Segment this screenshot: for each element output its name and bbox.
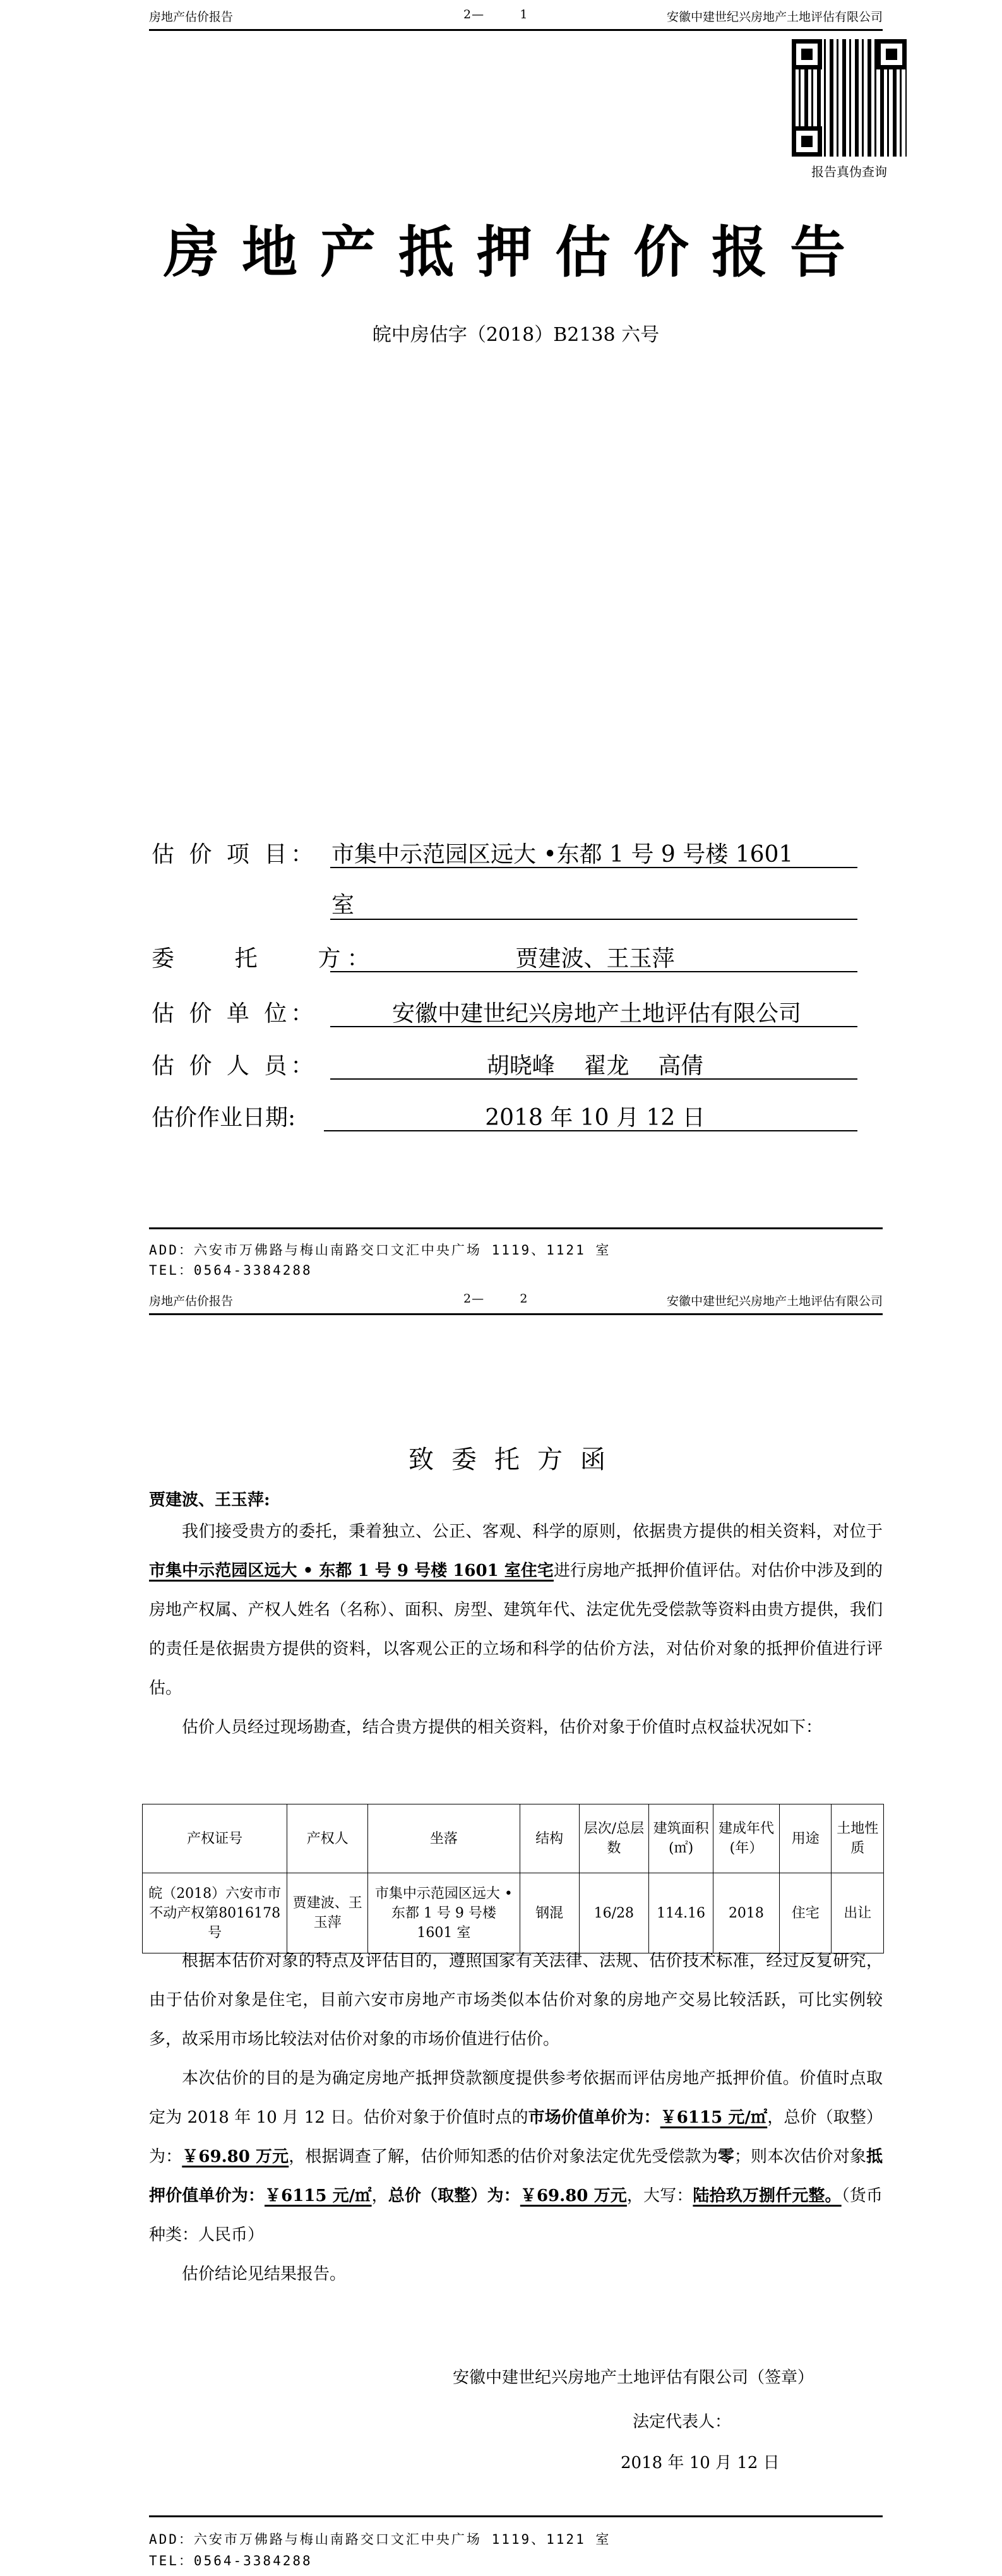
col-owner: 产权人 (287, 1804, 368, 1873)
market-unit-label: 市场价值单价为： (528, 2108, 660, 2127)
col-land-type: 土地性质 (832, 1804, 884, 1873)
field-label: 估 价 项 目： (152, 837, 317, 869)
field-label: 估 价 人 员： (152, 1048, 317, 1080)
header-page-number: 2— 2 (463, 1292, 528, 1306)
report-title: 房地产抵押估价报告 (149, 208, 883, 288)
header-company: 安徽中建世纪兴房地产土地评估有限公司 (667, 8, 883, 25)
market-total-value: ￥69.80 万元 (182, 2147, 289, 2166)
col-year-built: 建成年代(年） (713, 1804, 779, 1873)
qr-caption: 报告真伪查询 (792, 162, 907, 180)
letter-title: 致委托方函 (149, 1440, 883, 1476)
header-report-type: 房地产估价报告 (149, 1292, 233, 1309)
col-usage: 用途 (779, 1804, 831, 1873)
market-unit-value: ￥6115 元/㎡ (660, 2108, 768, 2127)
page-header: 房地产估价报告 2— 1 安徽中建世纪兴房地产土地评估有限公司 (149, 0, 883, 31)
salutation: 贾建波、王玉萍: (149, 1487, 270, 1510)
property-address: 市集中示范园区远大 • 东都 1 号 9 号楼 1601 室住宅 (149, 1561, 554, 1580)
paragraph-method: 根据本估价对象的特点及评估目的，遵照国家有关法律、法规、估价技术标准，经过反复研… (149, 1941, 883, 2059)
field-value: 2018 年 10 月 12 日 (331, 1100, 859, 1132)
field-label: 估 价 单 位： (152, 996, 317, 1028)
footer-phone: TEL：0564-3384288 (149, 2551, 313, 2570)
header-report-type: 房地产估价报告 (149, 8, 233, 25)
signature-date: 2018 年 10 月 12 日 (621, 2450, 780, 2473)
letter-body-bottom: 根据本估价对象的特点及评估目的，遵照国家有关法律、法规、估价技术标准，经过反复研… (149, 1941, 883, 2294)
mortgage-total-value: ￥69.80 万元 (520, 2186, 627, 2205)
letter-body-top: 我们接受贵方的委托，秉着独立、公正、客观、科学的原则，依据贵方提供的相关资料，对… (149, 1512, 883, 1747)
col-cert-no: 产权证号 (143, 1804, 287, 1873)
property-rights-table: 产权证号 产权人 坐落 结构 层次/总层数 建筑面积(㎡) 建成年代(年） 用途… (142, 1804, 884, 1953)
amount-in-words: 陆拾玖万捌仟元整。 (693, 2186, 841, 2205)
col-structure: 结构 (520, 1804, 579, 1873)
paragraph-conclusion: 本次估价的目的是为确定房地产抵押贷款额度提供参考依据而评估房地产抵押价值。价值时… (149, 2059, 883, 2255)
priority-claim-value: 零 (718, 2147, 734, 2166)
mortgage-unit-value: ￥6115 元/㎡ (265, 2186, 372, 2205)
header-page-number: 2— 1 (463, 8, 528, 21)
footer-address: ADD：六安市万佛路与梅山南路交口文汇中央广场 1119、1121 室 (149, 2529, 611, 2548)
col-location: 坐落 (368, 1804, 520, 1873)
col-floor: 层次/总层数 (579, 1804, 649, 1873)
field-value: 安徽中建世纪兴房地产土地评估有限公司 (335, 996, 859, 1028)
field-value: 胡晓峰 翟龙 高倩 (331, 1048, 859, 1080)
paragraph-survey: 估价人员经过现场勘查，结合贵方提供的相关资料，估价对象于价值时点权益状况如下： (149, 1708, 883, 1747)
paragraph-intro: 我们接受贵方的委托，秉着独立、公正、客观、科学的原则，依据贵方提供的相关资料，对… (149, 1512, 883, 1708)
field-value: 市集中示范园区远大 •东都 1 号 9 号楼 1601 (331, 837, 793, 869)
table-header-row: 产权证号 产权人 坐落 结构 层次/总层数 建筑面积(㎡) 建成年代(年） 用途… (143, 1804, 884, 1873)
mortgage-total-label: 总价（取整）为： (388, 2186, 520, 2205)
field-value-continued: 室 (331, 887, 354, 919)
signature-legal-rep: 法定代表人： (633, 2409, 731, 2432)
document-number: 皖中房估字（2018）B2138 六号 (149, 319, 883, 347)
paragraph-see-report: 估价结论见结果报告。 (149, 2255, 883, 2294)
page-header: 房地产估价报告 2— 2 安徽中建世纪兴房地产土地评估有限公司 (149, 1284, 883, 1315)
header-company: 安徽中建世纪兴房地产土地评估有限公司 (667, 1292, 883, 1309)
footer-phone: TEL：0564-3384288 (149, 1260, 313, 1279)
field-value: 贾建波、王玉萍 (331, 941, 859, 973)
footer-address: ADD：六安市万佛路与梅山南路交口文汇中央广场 1119、1121 室 (149, 1240, 611, 1259)
qr-code-icon[interactable] (792, 39, 907, 157)
col-area: 建筑面积(㎡) (649, 1804, 713, 1873)
field-label: 估价作业日期: (152, 1100, 295, 1132)
signature-company: 安徽中建世纪兴房地产土地评估有限公司（签章） (453, 2364, 814, 2388)
